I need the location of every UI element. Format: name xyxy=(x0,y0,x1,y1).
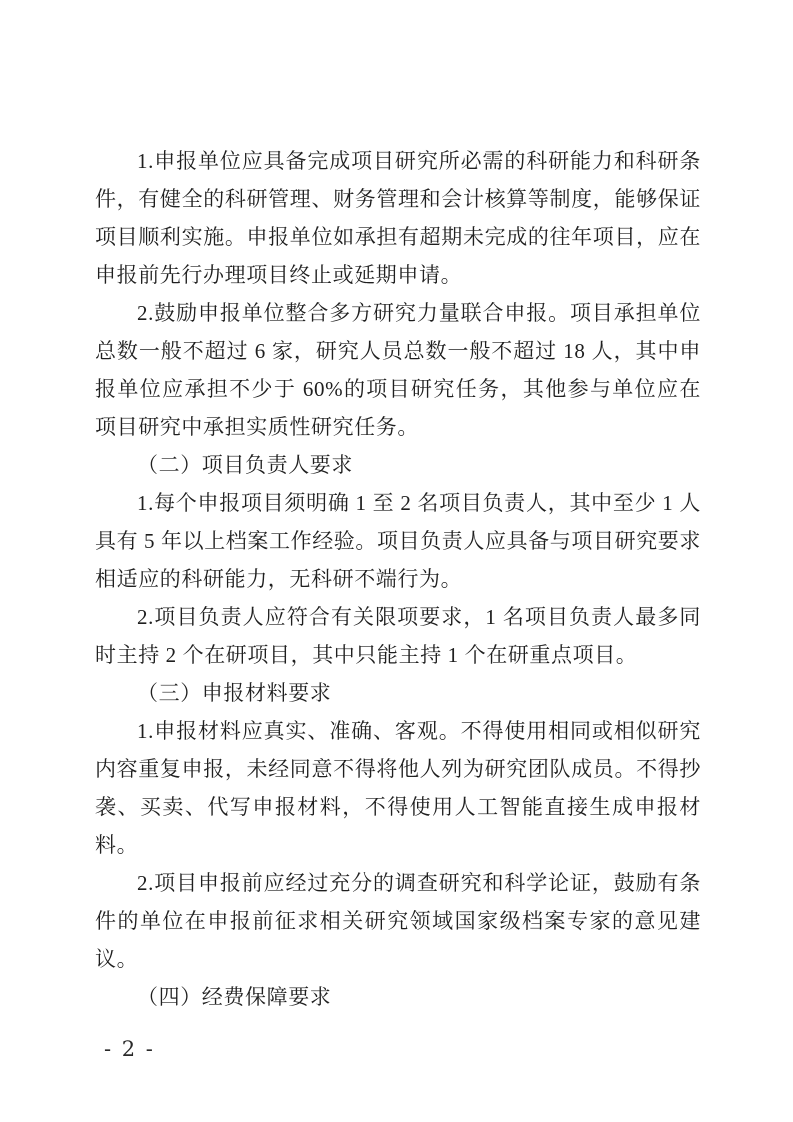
section-heading: （二）项目负责人要求 xyxy=(95,446,701,484)
page-number: - 2 - xyxy=(104,1035,155,1063)
body-paragraph: 1.申报材料应真实、准确、客观。不得使用相同或相似研究内容重复申报，未经同意不得… xyxy=(95,712,701,864)
body-paragraph: 2.项目负责人应符合有关限项要求，1 名项目负责人最多同时主持 2 个在研项目，… xyxy=(95,598,701,674)
body-paragraph: 2.鼓励申报单位整合多方研究力量联合申报。项目承担单位总数一般不超过 6 家，研… xyxy=(95,294,701,446)
section-heading: （三）申报材料要求 xyxy=(95,674,701,712)
section-heading: （四）经费保障要求 xyxy=(95,978,701,1016)
body-paragraph: 2.项目申报前应经过充分的调查研究和科学论证，鼓励有条件的单位在申报前征求相关研… xyxy=(95,864,701,978)
document-page: 1.申报单位应具备完成项目研究所必需的科研能力和科研条件，有健全的科研管理、财务… xyxy=(0,0,793,1122)
body-paragraph: 1.申报单位应具备完成项目研究所必需的科研能力和科研条件，有健全的科研管理、财务… xyxy=(95,142,701,294)
body-paragraph: 1.每个申报项目须明确 1 至 2 名项目负责人，其中至少 1 人具有 5 年以… xyxy=(95,484,701,598)
document-body: 1.申报单位应具备完成项目研究所必需的科研能力和科研条件，有健全的科研管理、财务… xyxy=(95,142,701,1016)
